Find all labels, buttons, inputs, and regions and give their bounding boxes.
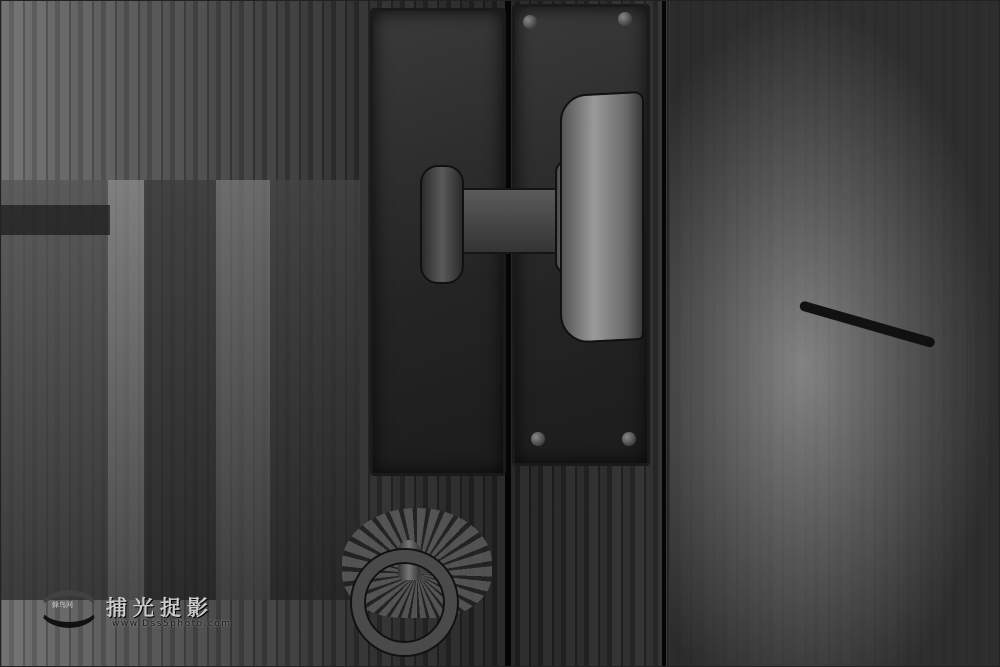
watermark-brand: 捕光捉影 xyxy=(106,592,214,622)
watermark: 蜂鸟网 捕光捉影 www.Dss5photo.com xyxy=(40,588,260,636)
latch-bar xyxy=(455,188,569,254)
rivet xyxy=(618,12,632,26)
logo-text: 蜂鸟网 xyxy=(52,600,73,610)
door-edge xyxy=(662,0,666,667)
watermark-url: www.Dss5photo.com xyxy=(112,619,232,629)
village-street-overlay xyxy=(0,180,360,600)
rivet xyxy=(523,15,537,29)
latch-knuckle xyxy=(420,165,464,284)
photograph: 蜂鸟网 捕光捉影 www.Dss5photo.com xyxy=(0,0,1000,667)
latch-handle xyxy=(560,91,644,344)
brick-wall-overlay xyxy=(670,0,1000,667)
rivet xyxy=(622,432,636,446)
knocker-ring xyxy=(352,550,457,655)
house-roof xyxy=(0,205,110,235)
rivet xyxy=(531,432,545,446)
